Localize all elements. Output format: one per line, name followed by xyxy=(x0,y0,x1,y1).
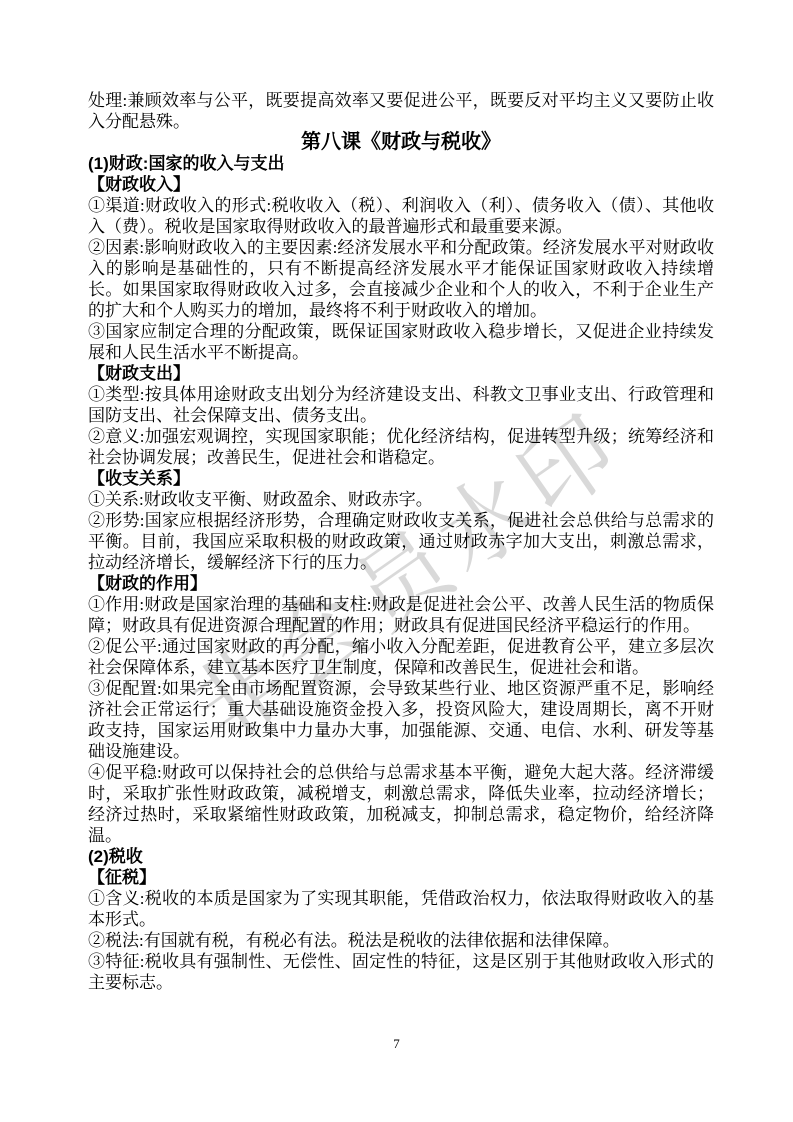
section-heading-fiscal-expenditure: 【财政支出】 xyxy=(88,363,714,384)
doc-title: 第八课《财政与税收》 xyxy=(88,132,714,153)
paragraph-role-overview: ①作用:财政是国家治理的基础和支柱:财政是促进社会公平、改善人民生活的物质保障；… xyxy=(88,594,714,636)
page-content: 处理:兼顾效率与公平，既要提高效率又要促进公平，既要反对平均主义又要防止收入分配… xyxy=(88,90,714,993)
paragraph-expenditure-types: ①类型:按具体用途财政支出划分为经济建设支出、科教文卫事业支出、行政管理和国防支… xyxy=(88,384,714,426)
section-heading-fiscal-role: 【财政的作用】 xyxy=(88,573,714,594)
paragraph-revenue-policy: ③国家应制定合理的分配政策，既保证国家财政收入稳步增长，又促进企业持续发展和人民… xyxy=(88,321,714,363)
paragraph-tax-meaning: ①含义:税收的本质是国家为了实现其职能，凭借政治权力，依法取得财政收入的基本形式… xyxy=(88,888,714,930)
paragraph-role-allocation: ③促配置:如果完全由市场配置资源，会导致某些行业、地区资源严重不足，影响经济社会… xyxy=(88,678,714,762)
section-heading-balance: 【收支关系】 xyxy=(88,468,714,489)
section-heading-fiscal-revenue: 【财政收入】 xyxy=(88,174,714,195)
paragraph-expenditure-meaning: ②意义:加强宏观调控，实现国家职能；优化经济结构，促进转型升级；统筹经济和社会协… xyxy=(88,426,714,468)
paragraph-tax-law: ②税法:有国就有税，有税必有法。税法是税收的法律依据和法律保障。 xyxy=(88,930,714,951)
paragraph-revenue-factors: ②因素:影响财政收入的主要因素:经济发展水平和分配政策。经济发展水平对财政收入的… xyxy=(88,237,714,321)
section-heading-taxation: (2)税收 xyxy=(88,846,714,867)
paragraph-tax-features: ③特征:税收具有强制性、无偿性、固定性的特征，这是区别于其他财政收入形式的主要标… xyxy=(88,951,714,993)
paragraph-revenue-channels: ①渠道:财政收入的形式:税收收入（税）、利润收入（利）、债务收入（债）、其他收入… xyxy=(88,195,714,237)
section-heading-tax-levy: 【征税】 xyxy=(88,867,714,888)
section-heading-finance: (1)财政:国家的收入与支出 xyxy=(88,153,714,174)
paragraph-intro: 处理:兼顾效率与公平，既要提高效率又要促进公平，既要反对平均主义又要防止收入分配… xyxy=(88,90,714,132)
paragraph-role-stability: ④促平稳:财政可以保持社会的总供给与总需求基本平衡，避免大起大落。经济滞缓时，采… xyxy=(88,762,714,846)
page-number: 7 xyxy=(0,1036,793,1052)
paragraph-role-fairness: ②促公平:通过国家财政的再分配，缩小收入分配差距，促进教育公平，建立多层次社会保… xyxy=(88,636,714,678)
paragraph-balance-relation: ①关系:财政收支平衡、财政盈余、财政赤字。 xyxy=(88,489,714,510)
document-page: 非会员水印 处理:兼顾效率与公平，既要提高效率又要促进公平，既要反对平均主义又要… xyxy=(0,0,793,1122)
paragraph-balance-situation: ②形势:国家应根据经济形势，合理确定财政收支关系，促进社会总供给与总需求的平衡。… xyxy=(88,510,714,573)
